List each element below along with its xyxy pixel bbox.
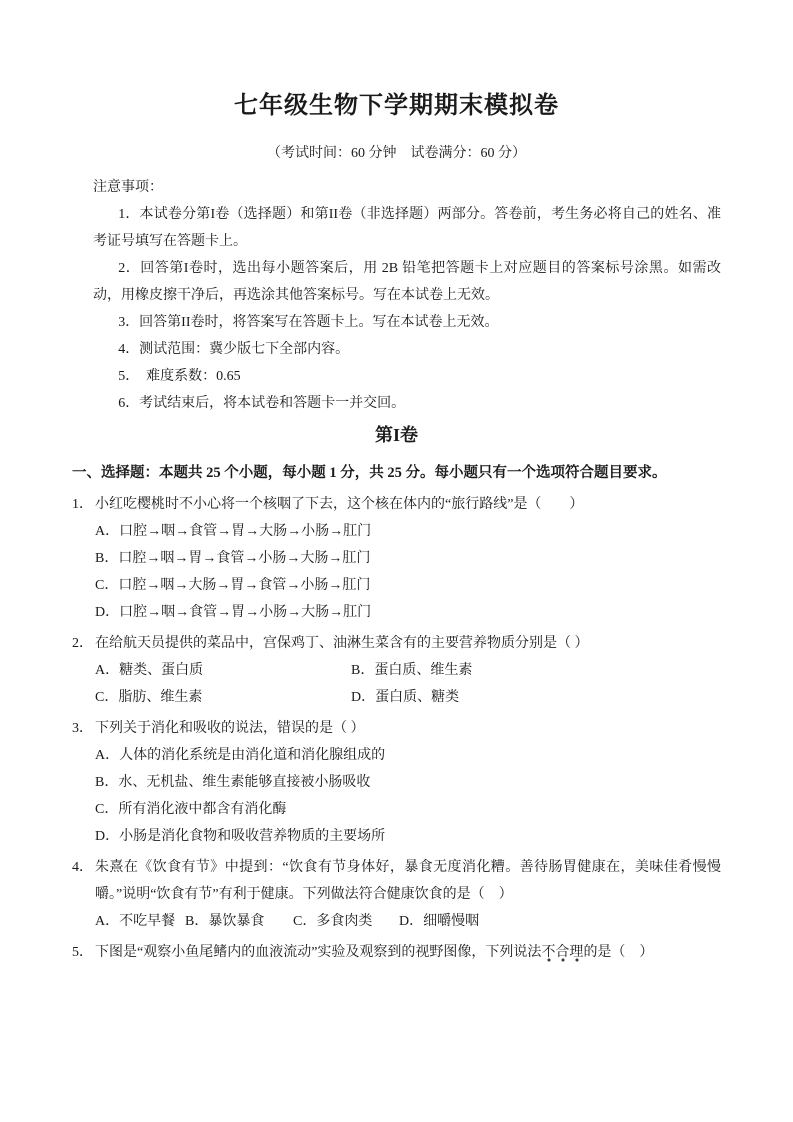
option-c: C．口腔→咽→大肠→胃→食管→小肠→肛门 [95, 572, 721, 599]
question-5: 5． 下图是“观察小鱼尾鳍内的血液流动”实验及观察到的视野图像，下列说法不合理的… [72, 939, 721, 966]
question-5-stem: 下图是“观察小鱼尾鳍内的血液流动”实验及观察到的视野图像，下列说法不合理的是（ … [95, 939, 721, 966]
question-2: 2． 在给航天员提供的菜品中，宫保鸡丁、油淋生菜含有的主要营养物质分别是（ ） … [72, 630, 721, 711]
question-1-options: A．口腔→咽→食管→胃→大肠→小肠→肛门 B．口腔→咽→胃→食管→小肠→大肠→肛… [95, 518, 721, 626]
question-3-options: A．人体的消化系统是由消化道和消化腺组成的 B．水、无机盐、维生素能够直接被小肠… [95, 742, 721, 850]
question-5-stem-after: 的是（ ） [583, 945, 653, 960]
question-4-number: 4． [72, 854, 93, 881]
option-a: A．不吃早餐 [95, 908, 185, 935]
notice-item-6: 6．考试结束后，将本试卷和答题卡一并交回。 [93, 390, 721, 417]
option-c: C．脂肪、维生素 [95, 684, 351, 711]
option-d: D．小肠是消化食物和吸收营养物质的主要场所 [95, 823, 721, 850]
option-a: A．人体的消化系统是由消化道和消化腺组成的 [95, 742, 721, 769]
notice-item-4: 4．测试范围：冀少版七下全部内容。 [93, 336, 721, 363]
part-one-heading: 第I卷 [72, 420, 721, 450]
page-title: 七年级生物下学期期末模拟卷 [72, 90, 721, 122]
question-list: 1． 小红吃樱桃时不小心将一个核咽了下去，这个核在体内的“旅行路线”是（ ） A… [72, 491, 721, 966]
question-1-number: 1． [72, 491, 93, 518]
notice-section: 注意事项： 1．本试卷分第I卷（选择题）和第II卷（非选择题）两部分。答卷前，考… [93, 174, 721, 417]
notice-heading: 注意事项： [93, 174, 721, 201]
option-d: D．口腔→咽→食管→胃→小肠→大肠→肛门 [95, 599, 721, 626]
question-3: 3． 下列关于消化和吸收的说法，错误的是（ ） A．人体的消化系统是由消化道和消… [72, 715, 721, 850]
option-b: B．水、无机盐、维生素能够直接被小肠吸收 [95, 769, 721, 796]
notice-item-1: 1．本试卷分第I卷（选择题）和第II卷（非选择题）两部分。答卷前，考生务必将自己… [93, 201, 721, 255]
notice-item-3: 3．回答第II卷时，将答案写在答题卡上。写在本试卷上无效。 [93, 309, 721, 336]
exam-time-and-score: （考试时间：60 分钟 试卷满分：60 分） [72, 144, 721, 164]
question-4: 4． 朱熹在《饮食有节》中提到：“饮食有节身体好，暴食无度消化糟。善待肠胃健康在… [72, 854, 721, 935]
question-3-stem: 下列关于消化和吸收的说法，错误的是（ ） [95, 715, 721, 742]
question-2-stem: 在给航天员提供的菜品中，宫保鸡丁、油淋生菜含有的主要营养物质分别是（ ） [95, 630, 721, 657]
question-5-stem-emphasis: 不合理 [541, 945, 583, 960]
question-2-number: 2． [72, 630, 93, 657]
option-b: B．暴饮暴食 [185, 908, 293, 935]
option-d: D．蛋白质、糖类 [351, 684, 721, 711]
question-5-stem-before: 下图是“观察小鱼尾鳍内的血液流动”实验及观察到的视野图像，下列说法 [95, 945, 541, 960]
question-1-stem: 小红吃樱桃时不小心将一个核咽了下去，这个核在体内的“旅行路线”是（ ） [95, 491, 721, 518]
question-3-number: 3． [72, 715, 93, 742]
option-c: C．多食肉类 [293, 908, 399, 935]
exam-paper-page: 七年级生物下学期期末模拟卷 （考试时间：60 分钟 试卷满分：60 分） 注意事… [0, 0, 793, 1122]
notice-item-5: 5． 难度系数：0.65 [93, 363, 721, 390]
option-a: A．口腔→咽→食管→胃→大肠→小肠→肛门 [95, 518, 721, 545]
question-4-stem: 朱熹在《饮食有节》中提到：“饮食有节身体好，暴食无度消化糟。善待肠胃健康在，美味… [95, 854, 721, 908]
option-c: C．所有消化液中都含有消化酶 [95, 796, 721, 823]
section-one-heading: 一、选择题：本题共 25 个小题，每小题 1 分，共 25 分。每小题只有一个选… [72, 460, 721, 487]
question-4-options: A．不吃早餐 B．暴饮暴食 C．多食肉类 D．细嚼慢咽 [95, 908, 721, 935]
notice-item-2: 2．回答第I卷时，选出每小题答案后，用 2B 铅笔把答题卡上对应题目的答案标号涂… [93, 255, 721, 309]
question-2-options: A．糖类、蛋白质 B．蛋白质、维生素 C．脂肪、维生素 D．蛋白质、糖类 [95, 657, 721, 711]
question-1: 1． 小红吃樱桃时不小心将一个核咽了下去，这个核在体内的“旅行路线”是（ ） A… [72, 491, 721, 626]
question-5-number: 5． [72, 939, 93, 966]
option-d: D．细嚼慢咽 [399, 908, 721, 935]
option-b: B．蛋白质、维生素 [351, 657, 721, 684]
option-b: B．口腔→咽→胃→食管→小肠→大肠→肛门 [95, 545, 721, 572]
option-a: A．糖类、蛋白质 [95, 657, 351, 684]
